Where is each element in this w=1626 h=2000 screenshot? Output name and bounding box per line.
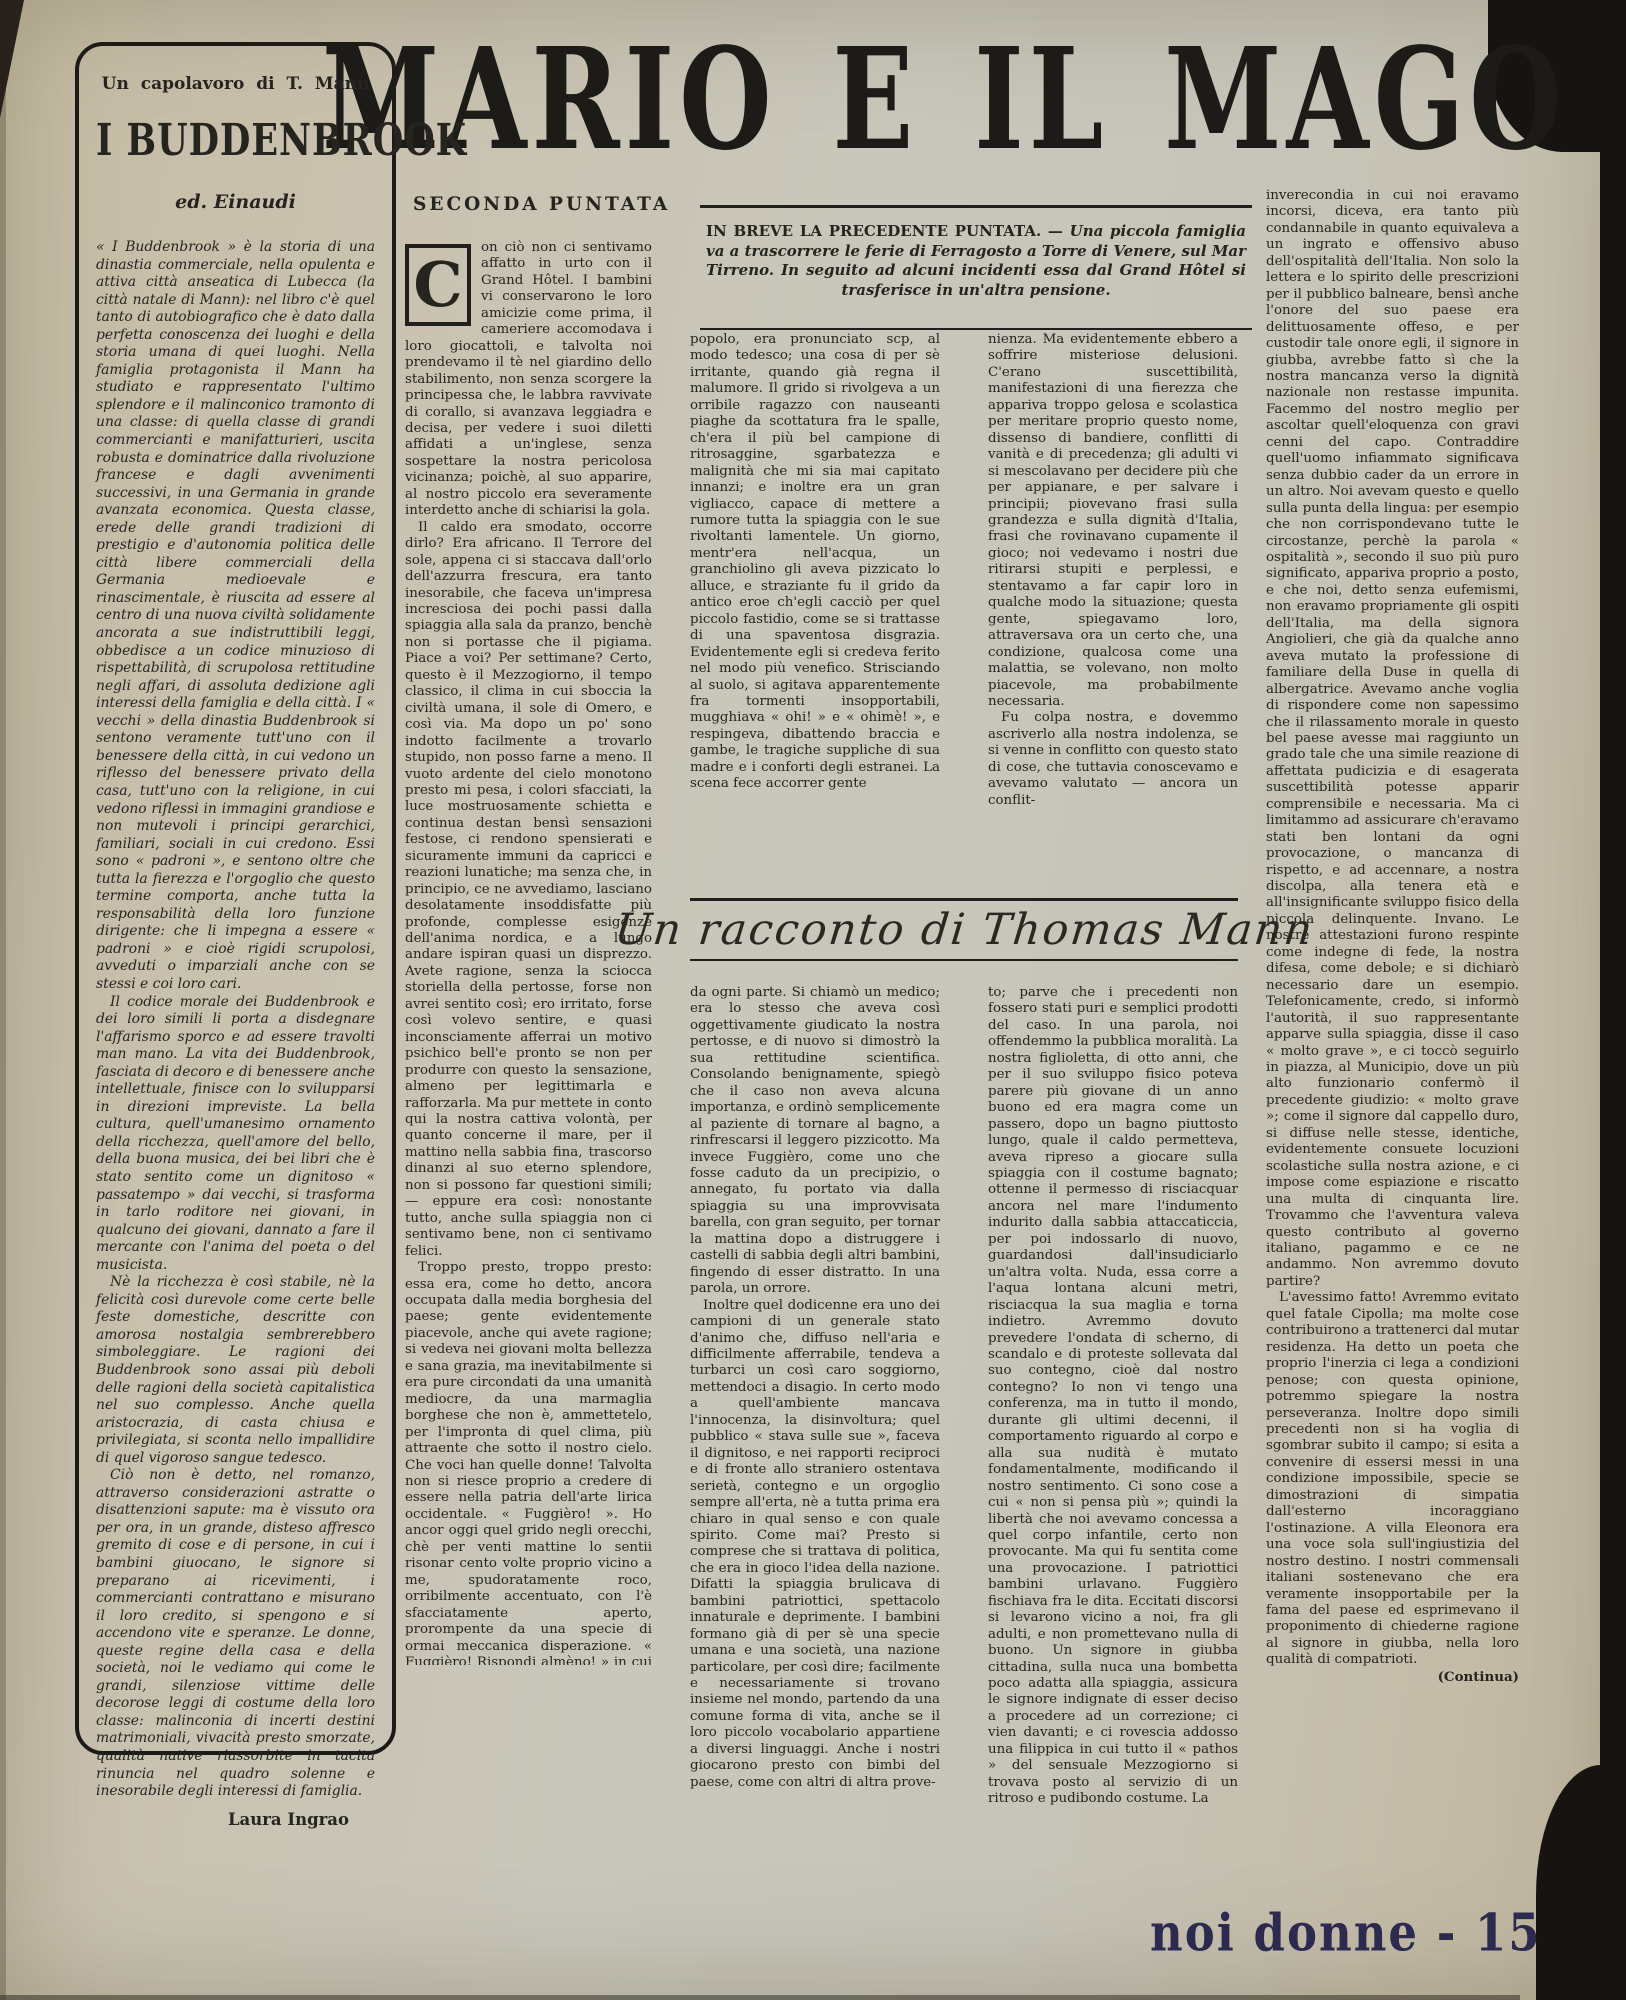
paragraph: inverecondia in cui noi eravamo incorsi,… <box>1266 188 1519 1290</box>
text-column-3-upper: nienza. Ma evidentemente ebbero a soffri… <box>988 332 1238 885</box>
review-paragraph: Ciò non è detto, nel romanzo, attraverso… <box>96 1467 375 1800</box>
review-author-signature: Laura Ingrao <box>96 1811 375 1829</box>
paragraph: Inoltre quel dodicenne era uno dei campi… <box>690 1298 940 1792</box>
review-body: « I Buddenbrook » è la storia di una din… <box>96 239 375 1828</box>
book-review-box: Un capolavoro di T. Mann I BUDDENBROOK e… <box>75 42 396 1755</box>
scan-edge-bottom <box>0 1995 1520 2000</box>
byline-script-text: Un racconto di Thomas Mann <box>612 905 1316 955</box>
review-kicker: Un capolavoro di T. Mann <box>96 74 375 94</box>
paragraph: popolo, era pronunciato scp, al modo ted… <box>690 332 940 793</box>
review-paragraph: Nè la ricchezza è così stabile, nè la fe… <box>96 1274 375 1467</box>
recap-lead: IN BREVE LA PRECEDENTE PUNTATA. — <box>706 222 1070 240</box>
paragraph: Con ciò non ci sentivamo affatto in urto… <box>405 240 652 520</box>
magazine-footer-pagenumber: noi donne - 15 <box>1150 1902 1510 1963</box>
paragraph: da ogni parte. Si chiamò un medico; era … <box>690 985 940 1298</box>
installment-label: SECONDA PUNTATA <box>413 194 655 215</box>
review-book-title: I BUDDENBROOK <box>96 115 375 166</box>
scan-edge-bottom-right <box>1536 1765 1626 2000</box>
paragraph: Fu colpa nostra, e dovemmo ascriverlo al… <box>988 710 1238 809</box>
text-column-2-lower: da ogni parte. Si chiamò un medico; era … <box>690 985 940 1933</box>
scan-edge-left <box>0 0 6 2000</box>
continua-marker: (Continua) <box>1266 1669 1519 1685</box>
text-column-2-upper: popolo, era pronunciato scp, al modo ted… <box>690 332 940 885</box>
magazine-page: MARIO E IL MAGO Un capolavoro di T. Mann… <box>0 0 1626 2000</box>
text-column-3-lower: to; parve che i precedenti non fossero s… <box>988 985 1238 1933</box>
scan-edge-right <box>1600 0 1626 2000</box>
byline-band: Un racconto di Thomas Mann <box>690 898 1238 961</box>
previous-installment-recap: IN BREVE LA PRECEDENTE PUNTATA. — Una pi… <box>700 205 1252 330</box>
paragraph: L'avessimo fatto! Avremmo evitato quel f… <box>1266 1290 1519 1668</box>
drop-cap: C <box>405 244 471 326</box>
article-title: MARIO E IL MAGO <box>322 16 1527 188</box>
paragraph: Il caldo era smodato, occorre dirlo? Era… <box>405 520 652 1260</box>
review-paragraph: Il codice morale dei Buddenbrook e dei l… <box>96 994 375 1275</box>
review-publisher: ed. Einaudi <box>96 191 375 213</box>
text-column-4: inverecondia in cui noi eravamo incorsi,… <box>1266 188 1519 1910</box>
paragraph: to; parve che i precedenti non fossero s… <box>988 985 1238 1808</box>
paragraph: nienza. Ma evidentemente ebbero a soffri… <box>988 332 1238 710</box>
review-paragraph: « I Buddenbrook » è la storia di una din… <box>96 239 375 994</box>
paragraph: Troppo presto, troppo presto: essa era, … <box>405 1260 652 1665</box>
